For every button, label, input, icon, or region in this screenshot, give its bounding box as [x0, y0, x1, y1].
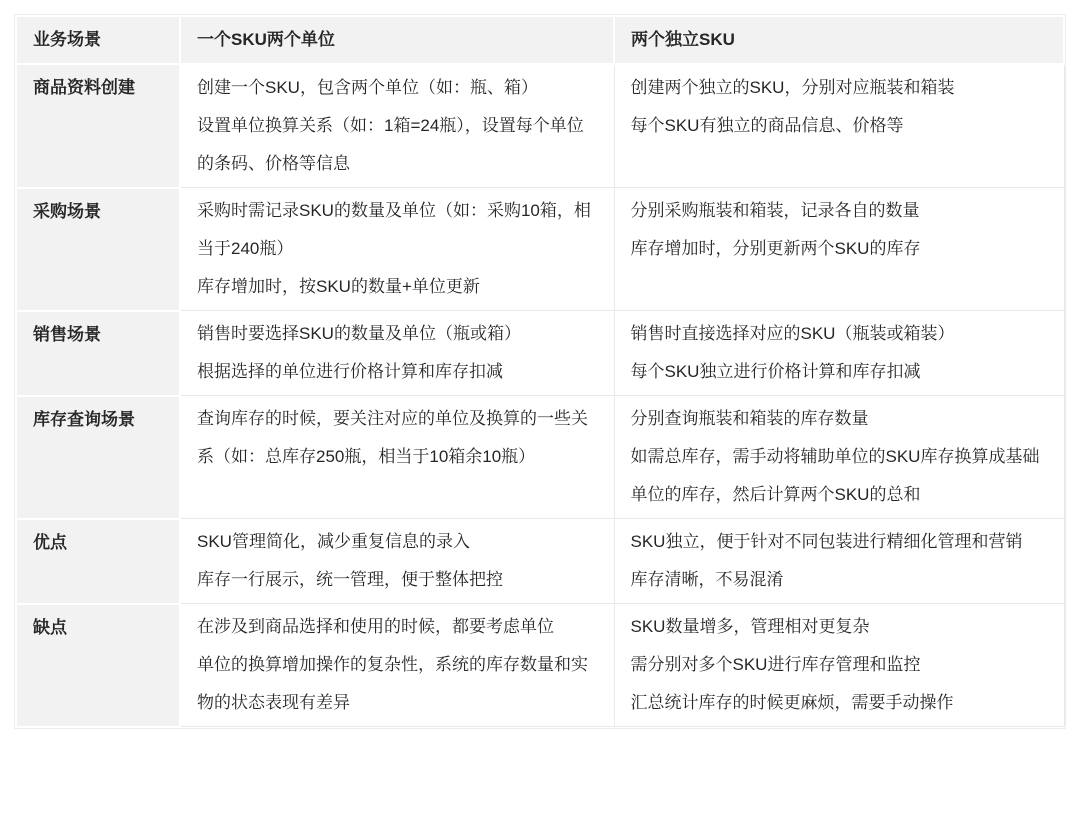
row-label: 库存查询场景	[16, 396, 180, 519]
row-label: 优点	[16, 519, 180, 604]
column-header-business-scenario: 业务场景	[16, 16, 180, 64]
cell-text-line: 设置单位换算关系（如：1箱=24瓶），设置每个单位的条码、价格等信息	[197, 107, 598, 183]
cell-text-line: 每个SKU有独立的商品信息、价格等	[631, 107, 1048, 145]
cell-text-line: SKU独立，便于针对不同包装进行精细化管理和营销	[631, 523, 1048, 561]
table-row: 采购场景采购时需记录SKU的数量及单位（如：采购10箱，相当于240瓶）库存增加…	[16, 188, 1064, 311]
table-row: 库存查询场景查询库存的时候，要关注对应的单位及换算的一些关系（如：总库存250瓶…	[16, 396, 1064, 519]
cell-one-sku-two-units: 在涉及到商品选择和使用的时候，都要考虑单位单位的换算增加操作的复杂性，系统的库存…	[180, 604, 614, 727]
comparison-table-body: 商品资料创建创建一个SKU，包含两个单位（如：瓶、箱）设置单位换算关系（如：1箱…	[16, 64, 1064, 727]
cell-text-line: 销售时直接选择对应的SKU（瓶装或箱装）	[631, 315, 1048, 353]
row-label: 采购场景	[16, 188, 180, 311]
table-header: 业务场景 一个SKU两个单位 两个独立SKU	[16, 16, 1064, 64]
cell-one-sku-two-units: 创建一个SKU，包含两个单位（如：瓶、箱）设置单位换算关系（如：1箱=24瓶），…	[180, 64, 614, 188]
cell-text-line: 需分别对多个SKU进行库存管理和监控	[631, 646, 1048, 684]
cell-text-line: 库存清晰，不易混淆	[631, 561, 1048, 599]
cell-text-line: 在涉及到商品选择和使用的时候，都要考虑单位	[197, 608, 598, 646]
cell-text-line: 库存一行展示，统一管理，便于整体把控	[197, 561, 598, 599]
cell-one-sku-two-units: 采购时需记录SKU的数量及单位（如：采购10箱，相当于240瓶）库存增加时，按S…	[180, 188, 614, 311]
cell-one-sku-two-units: 销售时要选择SKU的数量及单位（瓶或箱）根据选择的单位进行价格计算和库存扣减	[180, 311, 614, 396]
table-row: 商品资料创建创建一个SKU，包含两个单位（如：瓶、箱）设置单位换算关系（如：1箱…	[16, 64, 1064, 188]
table-row: 缺点在涉及到商品选择和使用的时候，都要考虑单位单位的换算增加操作的复杂性，系统的…	[16, 604, 1064, 727]
cell-text-line: SKU数量增多，管理相对更复杂	[631, 608, 1048, 646]
cell-text-line: 汇总统计库存的时候更麻烦，需要手动操作	[631, 684, 1048, 722]
cell-text-line: 分别查询瓶装和箱装的库存数量	[631, 400, 1048, 438]
table-row: 优点SKU管理简化，减少重复信息的录入库存一行展示，统一管理，便于整体把控SKU…	[16, 519, 1064, 604]
cell-text-line: SKU管理简化，减少重复信息的录入	[197, 523, 598, 561]
row-label: 缺点	[16, 604, 180, 727]
cell-two-independent-skus: 分别采购瓶装和箱装，记录各自的数量库存增加时，分别更新两个SKU的库存	[614, 188, 1064, 311]
cell-text-line: 采购时需记录SKU的数量及单位（如：采购10箱，相当于240瓶）	[197, 192, 598, 268]
row-label: 商品资料创建	[16, 64, 180, 188]
column-header-one-sku-two-units: 一个SKU两个单位	[180, 16, 614, 64]
cell-two-independent-skus: SKU独立，便于针对不同包装进行精细化管理和营销库存清晰，不易混淆	[614, 519, 1064, 604]
cell-two-independent-skus: 分别查询瓶装和箱装的库存数量如需总库存，需手动将辅助单位的SKU库存换算成基础单…	[614, 396, 1064, 519]
cell-text-line: 单位的换算增加操作的复杂性，系统的库存数量和实物的状态表现有差异	[197, 646, 598, 722]
cell-text-line: 销售时要选择SKU的数量及单位（瓶或箱）	[197, 315, 598, 353]
cell-text-line: 查询库存的时候，要关注对应的单位及换算的一些关系（如：总库存250瓶，相当于10…	[197, 400, 598, 476]
header-row: 业务场景 一个SKU两个单位 两个独立SKU	[16, 16, 1064, 64]
cell-text-line: 库存增加时，按SKU的数量+单位更新	[197, 268, 598, 306]
cell-one-sku-two-units: SKU管理简化，减少重复信息的录入库存一行展示，统一管理，便于整体把控	[180, 519, 614, 604]
cell-text-line: 库存增加时，分别更新两个SKU的库存	[631, 230, 1048, 268]
page: 业务场景 一个SKU两个单位 两个独立SKU 商品资料创建创建一个SKU，包含两…	[0, 0, 1080, 827]
comparison-table-container: 业务场景 一个SKU两个单位 两个独立SKU 商品资料创建创建一个SKU，包含两…	[14, 14, 1066, 729]
cell-two-independent-skus: SKU数量增多，管理相对更复杂需分别对多个SKU进行库存管理和监控汇总统计库存的…	[614, 604, 1064, 727]
cell-text-line: 分别采购瓶装和箱装，记录各自的数量	[631, 192, 1048, 230]
cell-text-line: 创建一个SKU，包含两个单位（如：瓶、箱）	[197, 69, 598, 107]
cell-text-line: 每个SKU独立进行价格计算和库存扣减	[631, 353, 1048, 391]
cell-two-independent-skus: 销售时直接选择对应的SKU（瓶装或箱装）每个SKU独立进行价格计算和库存扣减	[614, 311, 1064, 396]
cell-text-line: 创建两个独立的SKU，分别对应瓶装和箱装	[631, 69, 1048, 107]
cell-text-line: 如需总库存，需手动将辅助单位的SKU库存换算成基础单位的库存，然后计算两个SKU…	[631, 438, 1048, 514]
row-label: 销售场景	[16, 311, 180, 396]
sku-comparison-table: 业务场景 一个SKU两个单位 两个独立SKU 商品资料创建创建一个SKU，包含两…	[15, 15, 1065, 728]
table-row: 销售场景销售时要选择SKU的数量及单位（瓶或箱）根据选择的单位进行价格计算和库存…	[16, 311, 1064, 396]
cell-two-independent-skus: 创建两个独立的SKU，分别对应瓶装和箱装每个SKU有独立的商品信息、价格等	[614, 64, 1064, 188]
cell-one-sku-two-units: 查询库存的时候，要关注对应的单位及换算的一些关系（如：总库存250瓶，相当于10…	[180, 396, 614, 519]
cell-text-line: 根据选择的单位进行价格计算和库存扣减	[197, 353, 598, 391]
column-header-two-independent-skus: 两个独立SKU	[614, 16, 1064, 64]
